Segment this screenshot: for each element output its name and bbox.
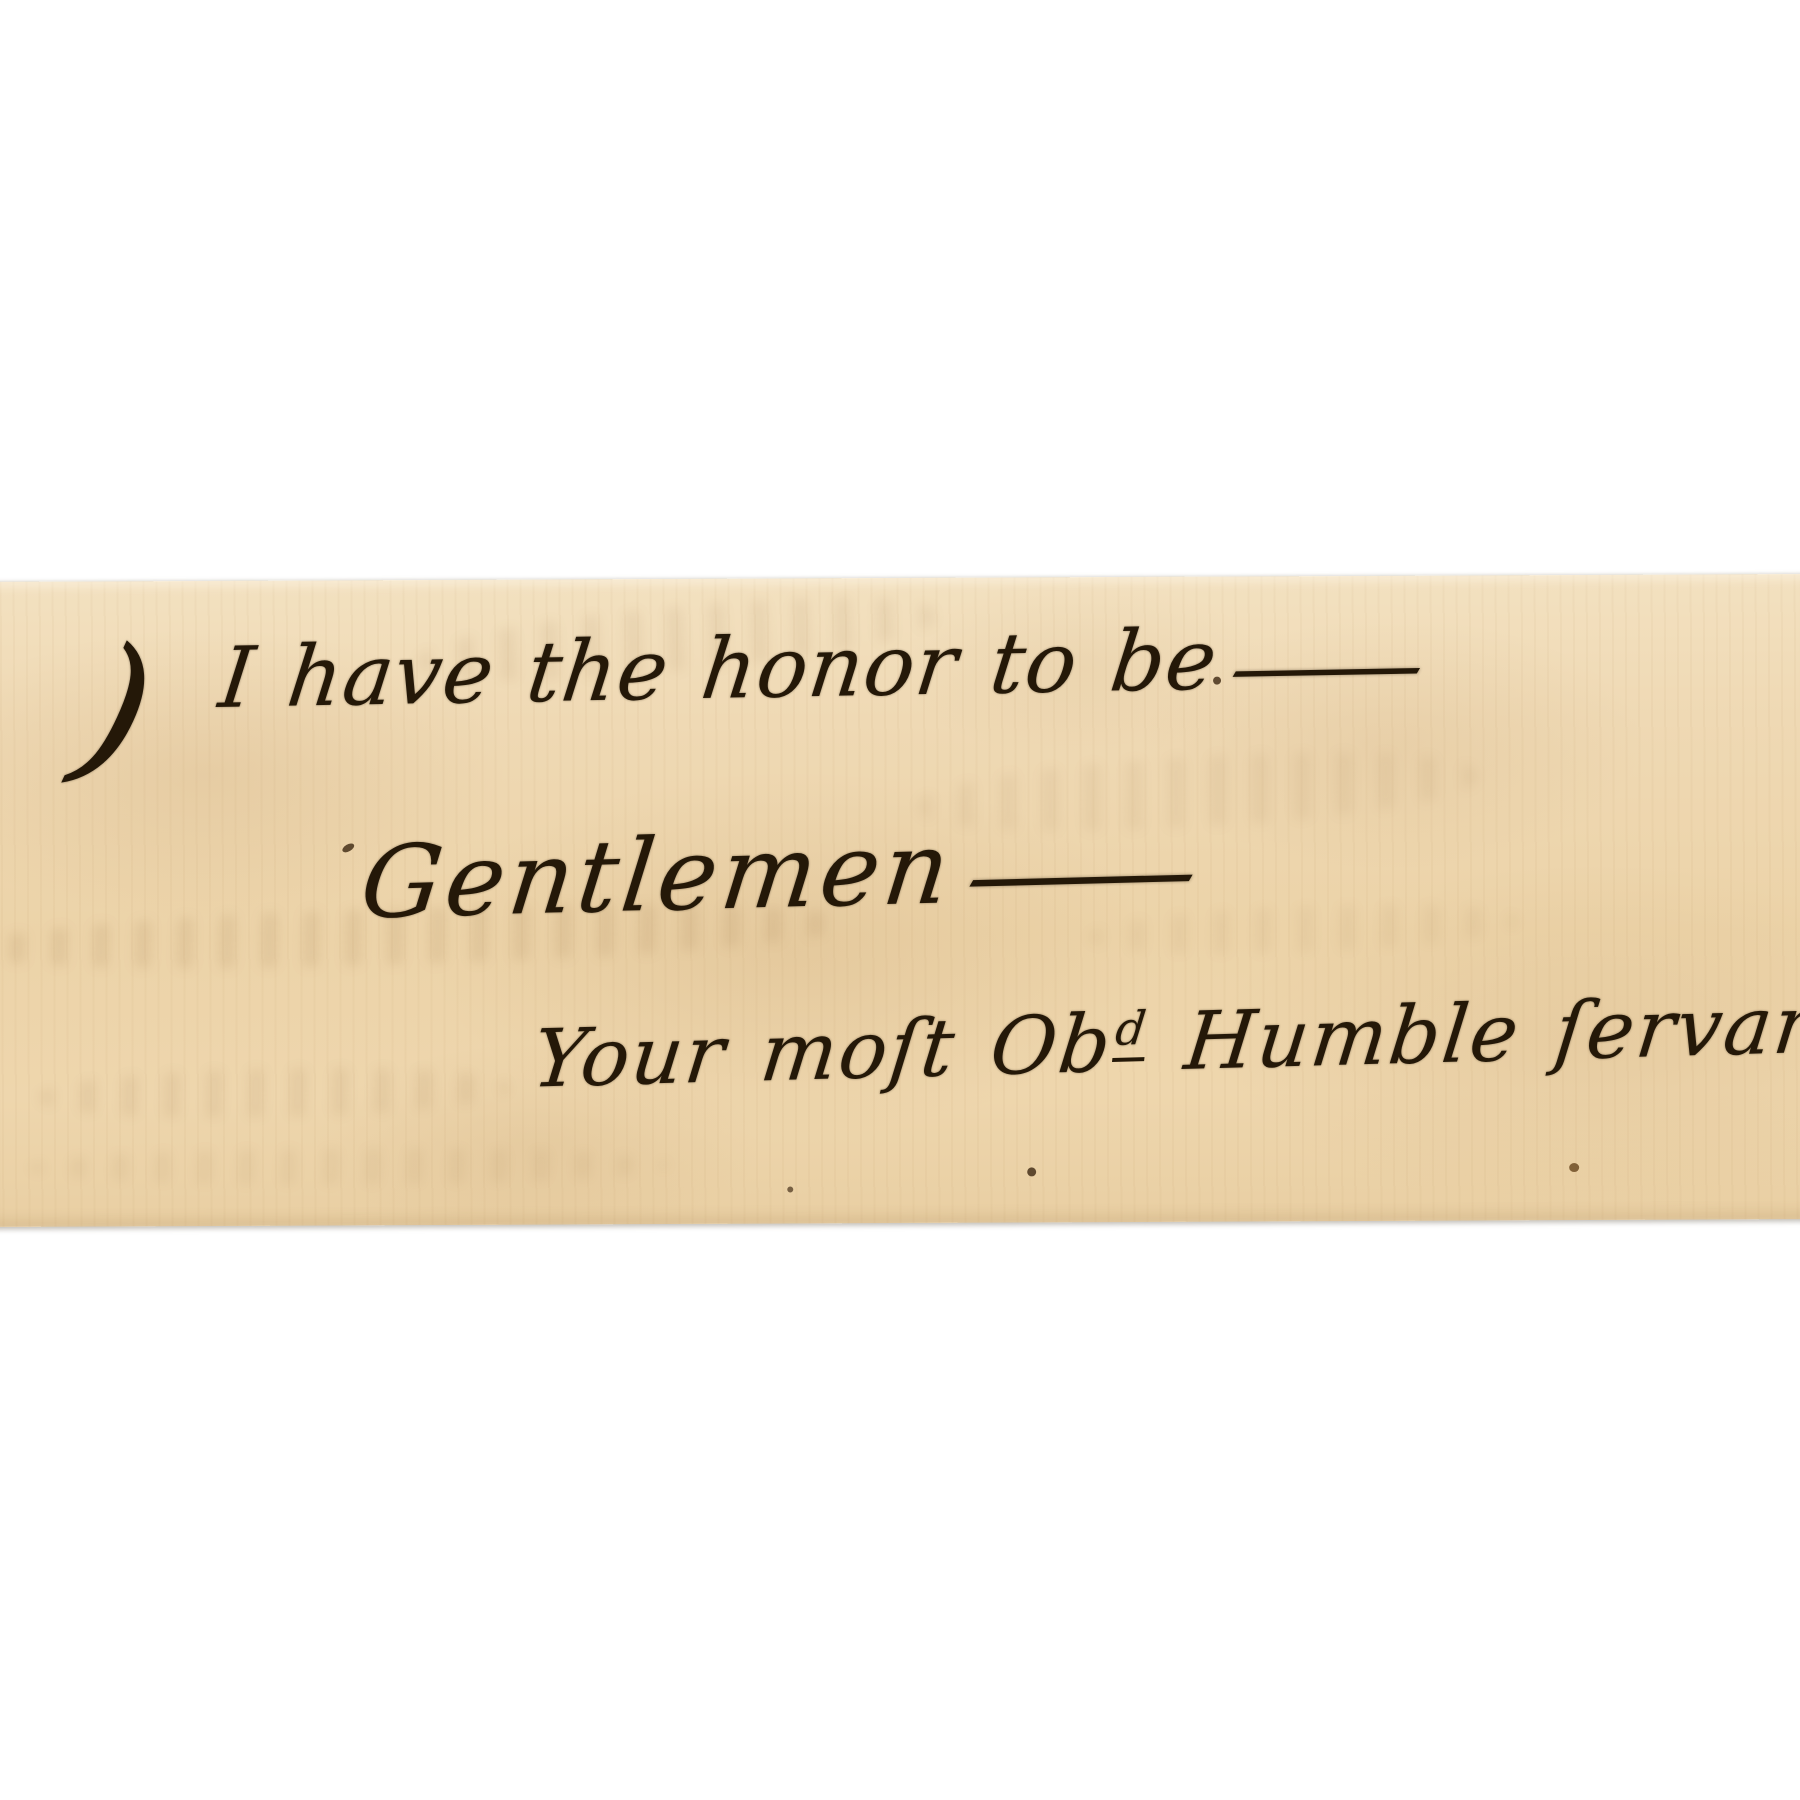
salutation-text: Gentlemen (355, 809, 959, 941)
pen-flourish-dash: — (956, 820, 1208, 926)
pen-flourish-dash: — (1221, 622, 1433, 710)
ink-showthrough-band (29, 1147, 669, 1186)
ink-speck (1027, 1167, 1036, 1176)
ink-speck (341, 842, 356, 855)
letter-closing-line: I have the honor to be— (215, 616, 1316, 720)
letter-salutation-line: Gentlemen— (356, 816, 1069, 934)
letter-signoff-line: Your moſt Obd Humble ſervant (529, 984, 1800, 1100)
paper-fragment: ) I have the honor to be— Gentlemen— You… (0, 574, 1800, 1227)
ink-showthrough-band (38, 1064, 509, 1122)
superscript-d: d (1112, 1002, 1151, 1063)
signoff-text-prefix: Your moſt Ob (528, 997, 1117, 1106)
pen-flourish: ) (61, 606, 171, 812)
closing-line-text: I have the honor to be (214, 611, 1223, 727)
ink-speck (1569, 1163, 1579, 1172)
scanned-letter-image: ) I have the honor to be— Gentlemen— You… (0, 0, 1800, 1800)
signoff-text-suffix: Humble ſervant (1145, 977, 1800, 1089)
ink-speck (787, 1186, 793, 1192)
